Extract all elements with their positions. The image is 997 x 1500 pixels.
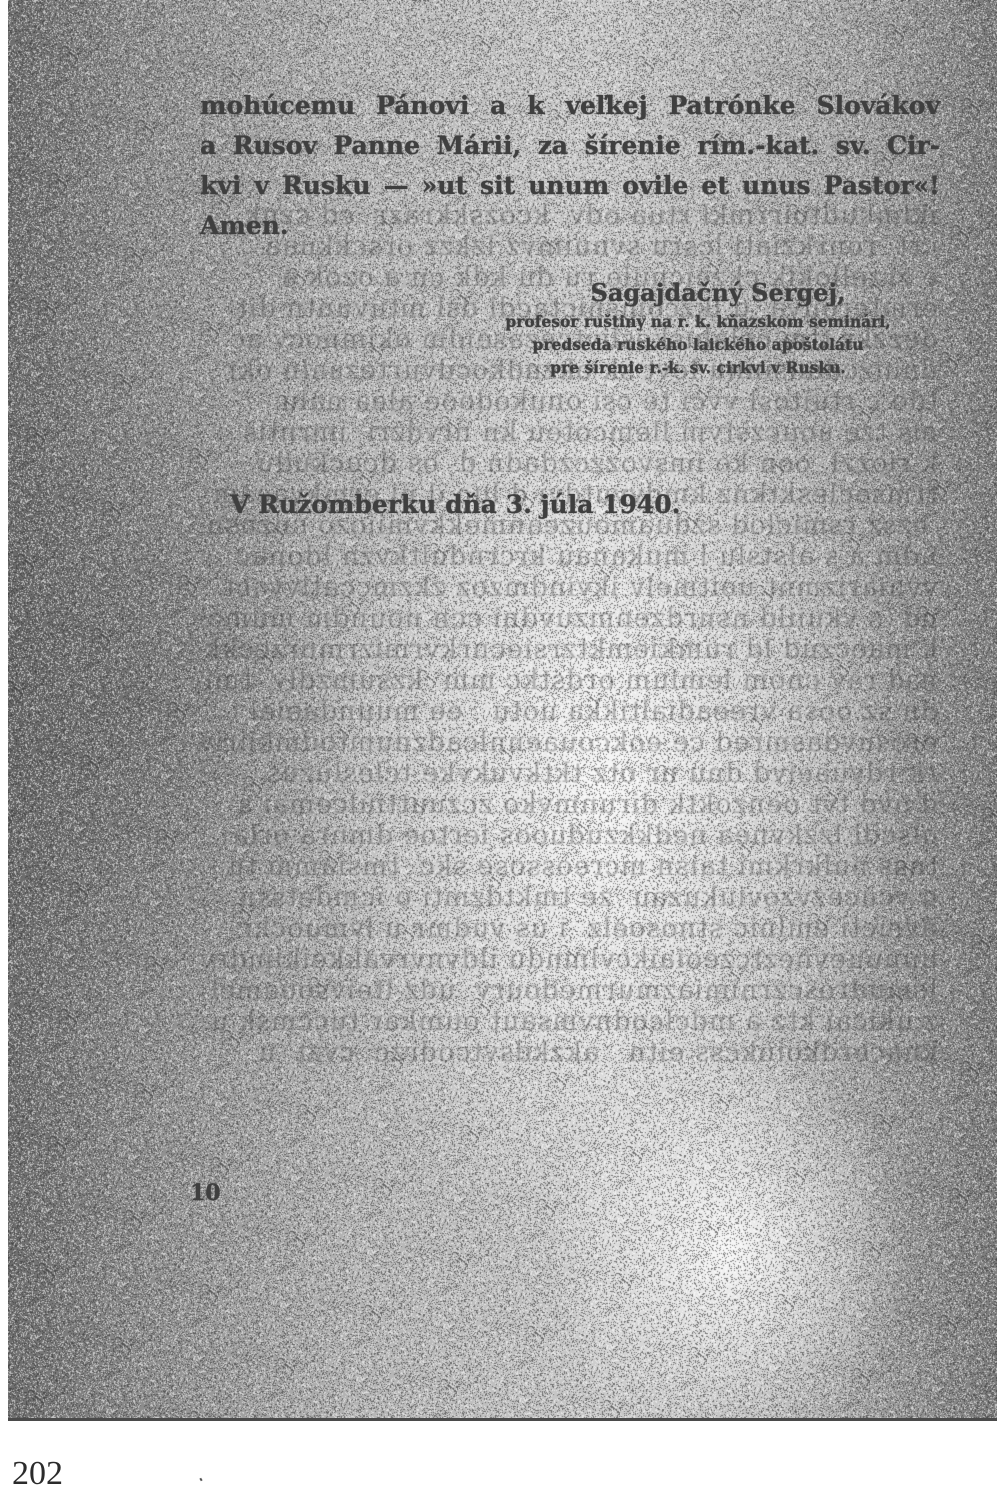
scanned-page-image: iklmkudtoirrmkl rtua odv kcozskkrazr cd … <box>8 0 997 1421</box>
signature-title: pre šírenie r.-k. sv. cirkvi v Rusku. <box>448 356 948 379</box>
page-number: 202 <box>12 1455 63 1493</box>
signature-block: Sagajdačný Sergej, profesor ruštiny na r… <box>448 276 948 379</box>
letter-closing-paragraph: mohúcemu Pánovi a k veľkej Patrónke Slov… <box>200 86 940 246</box>
body-line: mohúcemu Pánovi a k veľkej Patrónke Slov… <box>200 86 940 126</box>
signature-title: profesor ruštiny na r. k. kňazskom semin… <box>448 310 948 333</box>
body-line: a Rusov Panne Márii, za šírenie rím.-kat… <box>200 126 940 166</box>
sheet-number: 10 <box>190 1180 221 1206</box>
body-line: kvi v Rusku — »ut sit unum ovile et unus… <box>200 166 940 206</box>
signature-title: predseda ruského laického apoštolátu <box>448 333 948 356</box>
place-and-date: V Ružomberku dňa 3. júla 1940. <box>230 490 680 519</box>
body-line: Amen. <box>200 206 940 246</box>
scan-speck <box>199 1478 202 1482</box>
signature-name: Sagajdačný Sergej, <box>488 276 948 310</box>
